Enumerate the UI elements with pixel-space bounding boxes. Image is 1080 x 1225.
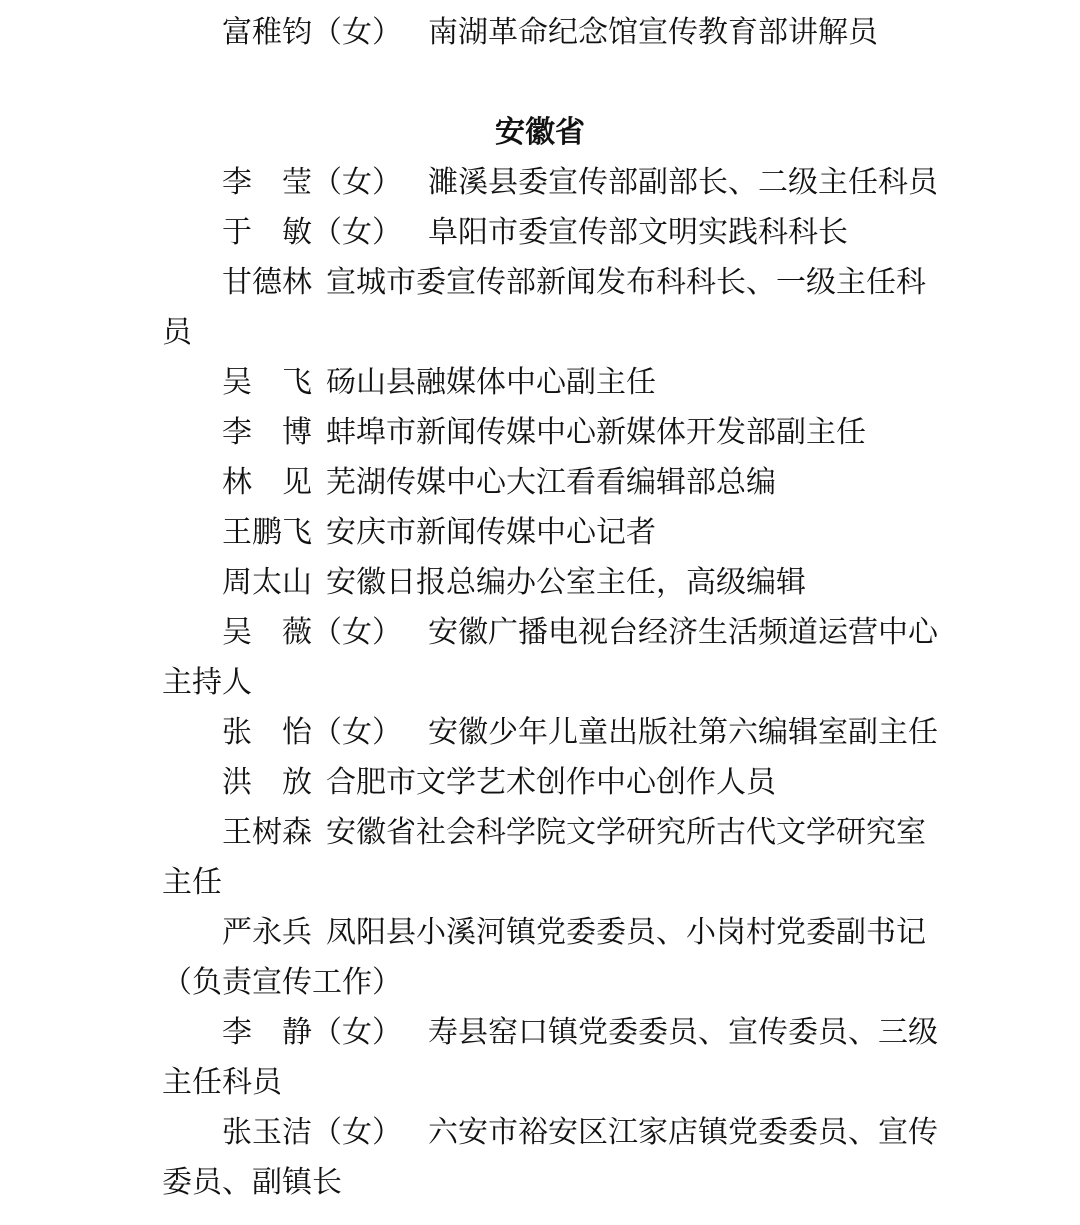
- entry-name: 王鹏飞: [222, 516, 312, 549]
- award-entry: 富稚钧（女）南湖革命纪念馆宣传教育部讲解员: [162, 8, 947, 58]
- entry-title: 合肥市文学艺术创作中心创作人员: [326, 766, 776, 799]
- entry-name: 林 见: [222, 466, 312, 499]
- entry-title: 蚌埠市新闻传媒中心新媒体开发部副主任: [326, 416, 866, 449]
- entry-name: 张 怡: [222, 716, 312, 749]
- name-title-gap: [312, 591, 326, 592]
- entry-title: 芜湖传媒中心大江看看编辑部总编: [326, 466, 776, 499]
- entry-gender-note: （女）: [312, 616, 402, 649]
- entry-name: 李 莹: [222, 166, 312, 199]
- entry-title: 濉溪县委宣传部副部长、二级主任科员: [428, 166, 938, 199]
- name-title-gap: [312, 391, 326, 392]
- award-entry: 吴 飞砀山县融媒体中心副主任: [162, 358, 947, 408]
- gender-title-gap: [402, 241, 428, 242]
- award-entry: 林 见芜湖传媒中心大江看看编辑部总编: [162, 458, 947, 508]
- name-title-gap: [312, 941, 326, 942]
- name-title-gap: [312, 791, 326, 792]
- entry-title: 阜阳市委宣传部文明实践科科长: [428, 216, 848, 249]
- award-entry: 甘德林宣城市委宣传部新闻发布科科长、一级主任科员: [162, 258, 947, 358]
- document-page: 富稚钧（女）南湖革命纪念馆宣传教育部讲解员 安徽省 李 莹（女）濉溪县委宣传部副…: [0, 0, 1080, 1225]
- gender-title-gap: [402, 741, 428, 742]
- entry-gender-note: （女）: [312, 16, 402, 49]
- entry-name: 严永兵: [222, 916, 312, 949]
- name-title-gap: [312, 841, 326, 842]
- entry-gender-note: （女）: [312, 1016, 402, 1049]
- award-entry: 张 怡（女）安徽少年儿童出版社第六编辑室副主任: [162, 708, 947, 758]
- award-entry: 于 敏（女）阜阳市委宣传部文明实践科科长: [162, 208, 947, 258]
- gender-title-gap: [402, 41, 428, 42]
- award-entry: 李 静（女）寿县窑口镇党委委员、宣传委员、三级主任科员: [162, 1008, 947, 1108]
- award-entry: 王鹏飞安庆市新闻传媒中心记者: [162, 508, 947, 558]
- award-entry: 洪 放合肥市文学艺术创作中心创作人员: [162, 758, 947, 808]
- gender-title-gap: [402, 191, 428, 192]
- gender-title-gap: [402, 1041, 428, 1042]
- entry-title: 南湖革命纪念馆宣传教育部讲解员: [428, 16, 878, 49]
- award-entry: 周太山安徽日报总编办公室主任，高级编辑: [162, 558, 947, 608]
- entry-name: 于 敏: [222, 216, 312, 249]
- award-entry: 李 莹（女）濉溪县委宣传部副部长、二级主任科员: [162, 158, 947, 208]
- entries-container: 李 莹（女）濉溪县委宣传部副部长、二级主任科员于 敏（女）阜阳市委宣传部文明实践…: [162, 158, 947, 1208]
- gender-title-gap: [402, 1141, 428, 1142]
- award-entry: 张玉洁（女）六安市裕安区江家店镇党委委员、宣传委员、副镇长: [162, 1108, 947, 1208]
- entry-name: 吴 飞: [222, 366, 312, 399]
- entry-gender-note: （女）: [312, 166, 402, 199]
- entry-title: 安徽少年儿童出版社第六编辑室副主任: [428, 716, 938, 749]
- entry-title: 砀山县融媒体中心副主任: [326, 366, 656, 399]
- entry-name: 张玉洁: [222, 1116, 312, 1149]
- gender-title-gap: [402, 641, 428, 642]
- section-heading-province: 安徽省: [0, 108, 1080, 158]
- entry-gender-note: （女）: [312, 216, 402, 249]
- name-title-gap: [312, 441, 326, 442]
- name-title-gap: [312, 291, 326, 292]
- entry-name: 甘德林: [222, 266, 312, 299]
- award-entry: 王树森安徽省社会科学院文学研究所古代文学研究室主任: [162, 808, 947, 908]
- entry-gender-note: （女）: [312, 1116, 402, 1149]
- name-title-gap: [312, 541, 326, 542]
- entry-name: 洪 放: [222, 766, 312, 799]
- leading-entry-container: 富稚钧（女）南湖革命纪念馆宣传教育部讲解员: [162, 8, 947, 58]
- award-entry: 吴 薇（女）安徽广播电视台经济生活频道运营中心主持人: [162, 608, 947, 708]
- entry-gender-note: （女）: [312, 716, 402, 749]
- entry-name: 周太山: [222, 566, 312, 599]
- entry-title: 安徽日报总编办公室主任，高级编辑: [326, 566, 806, 599]
- entry-name: 王树森: [222, 816, 312, 849]
- entry-name: 富稚钧: [222, 16, 312, 49]
- name-title-gap: [312, 491, 326, 492]
- award-entry: 严永兵凤阳县小溪河镇党委委员、小岗村党委副书记（负责宣传工作）: [162, 908, 947, 1008]
- entry-name: 吴 薇: [222, 616, 312, 649]
- award-entry: 李 博蚌埠市新闻传媒中心新媒体开发部副主任: [162, 408, 947, 458]
- entry-name: 李 静: [222, 1016, 312, 1049]
- entry-name: 李 博: [222, 416, 312, 449]
- entry-title: 安庆市新闻传媒中心记者: [326, 516, 656, 549]
